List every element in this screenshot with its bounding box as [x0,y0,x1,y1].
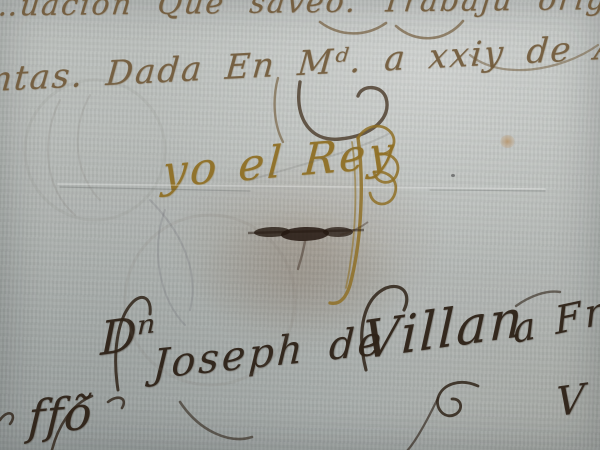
ink-speck [451,174,455,177]
clerk-abbreviation: ffõ [27,385,94,445]
handwriting-line-1: …uacion Que saveō. Trabaju origin… [0,0,600,24]
handwriting-line-2-dateline: ntas. Dada En Mᵈ. a xxiy de Abril [0,23,600,100]
royal-signature-yo-el-rey: yo el Rey [161,127,398,199]
secretary-signature-name: Joseph de [151,318,385,389]
pencil-scribbles [48,95,392,325]
secretary-signature-prefix: Dⁿ [100,304,156,366]
secretary-initial-v: V [556,376,585,426]
ink-blot [248,222,368,269]
secretary-signature-surname: Villan [362,288,526,372]
manuscript-photo: …uacion Que saveō. Trabaju origin… ntas.… [0,0,600,450]
foxing-spot [500,135,515,148]
